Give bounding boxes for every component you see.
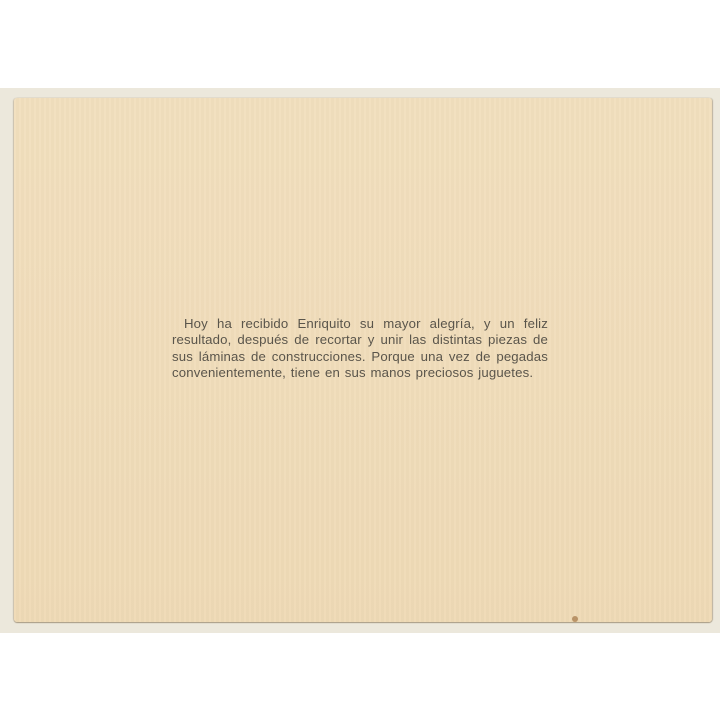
paper-stain <box>572 616 578 622</box>
paragraph: Hoy ha recibido Enriquito su mayor alegr… <box>172 316 548 382</box>
body-text: Hoy ha recibido Enriquito su mayor alegr… <box>172 316 548 382</box>
